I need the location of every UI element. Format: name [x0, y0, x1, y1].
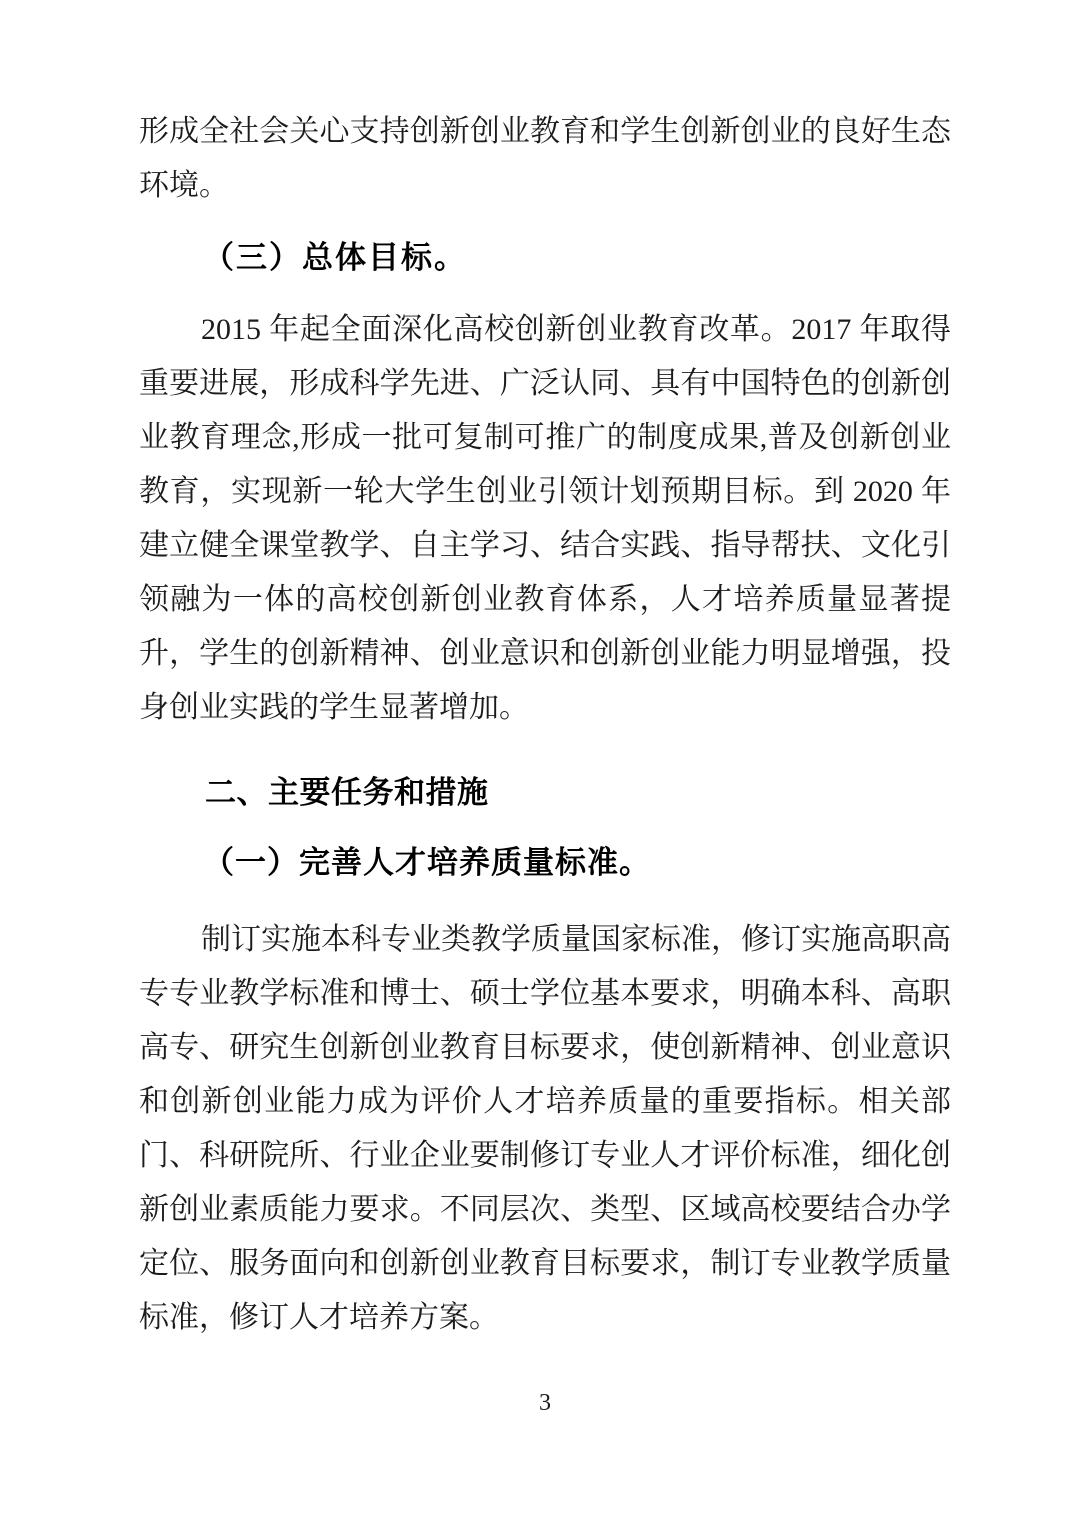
heading-overall-goal: （三）总体目标。: [139, 231, 951, 285]
page-footer: 3: [139, 1391, 951, 1415]
page-number: 3: [539, 1390, 551, 1416]
heading-quality-standards: （一）完善人才培养质量标准。: [139, 836, 951, 890]
document-page: 形成全社会关心支持创新创业教育和学生创新创业的良好生态环境。 （三）总体目标。 …: [0, 0, 1080, 1527]
paragraph-quality-standards: 制订实施本科专业类教学质量国家标准，修订实施高职高专专业教学标准和博士、硕士学位…: [139, 913, 951, 1345]
paragraph-overall-goal: 2015 年起全面深化高校创新创业教育改革。2017 年取得重要进展，形成科学先…: [139, 303, 951, 735]
paragraph-ecosystem-conclusion: 形成全社会关心支持创新创业教育和学生创新创业的良好生态环境。: [139, 105, 951, 213]
document-content: 形成全社会关心支持创新创业教育和学生创新创业的良好生态环境。 （三）总体目标。 …: [139, 105, 951, 1345]
heading-main-tasks: 二、主要任务和措施: [139, 766, 951, 820]
